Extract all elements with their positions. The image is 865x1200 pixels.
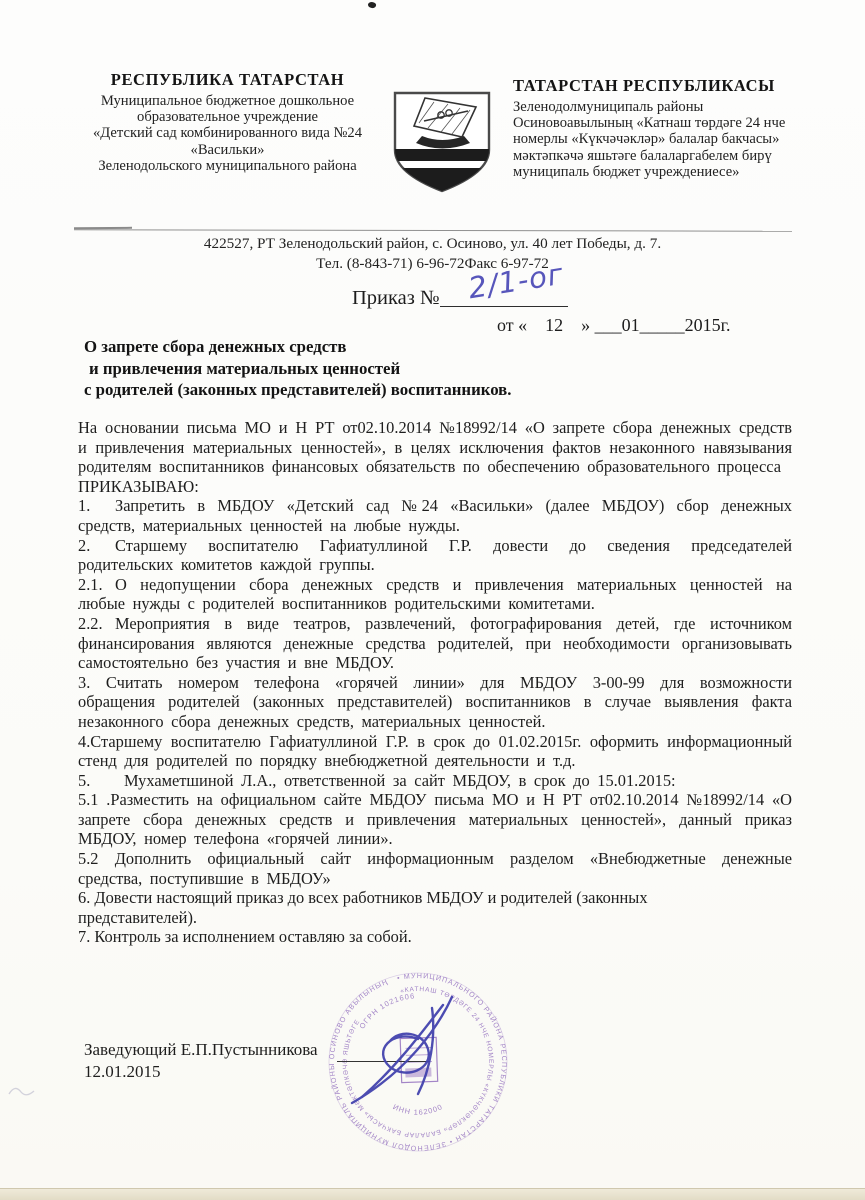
scanned-order-document: РЕСПУБЛИКА ТАТАРСТАН Муниципальное бюдже… [0, 0, 865, 1200]
order-body: На основании письма МО и Н РТ от02.10.20… [78, 418, 792, 947]
order-item-3: 3. Считать номером телефона «горячей лин… [78, 673, 792, 732]
zelenodolsk-coat-of-arms-icon [386, 88, 498, 198]
signature-date: 12.01.2015 [84, 1062, 161, 1082]
header-ru-line: Муниципальное бюджетное дошкольное [60, 93, 395, 109]
header-ru-title: РЕСПУБЛИКА ТАТАРСТАН [60, 70, 395, 90]
pencil-smudge-artifact [6, 1080, 46, 1100]
order-date-row: от « 12 » ___01_____2015г. [497, 315, 730, 336]
item-text: 5.2 Дополнить официальный сайт информаци… [78, 849, 792, 888]
header-tatar-line: муниципаль бюджет учреждениесе» [513, 164, 848, 180]
item-text: 5.1 .Разместить на официальном сайте МБД… [78, 790, 792, 848]
header-tatar-title: ТАТАРСТАН РЕСПУБЛИКАСЫ [513, 76, 848, 96]
order-item-2-2: 2.2.Мероприятия в виде театров, развлече… [78, 614, 792, 673]
order-label: Приказ № [352, 287, 440, 309]
header-ru: РЕСПУБЛИКА ТАТАРСТАН Муниципальное бюдже… [60, 70, 395, 174]
order-item-6: 6. Довести настоящий приказ до всех рабо… [78, 888, 792, 927]
order-item-5-2: 5.2 Дополнить официальный сайт информаци… [78, 849, 792, 888]
title-line: О запрете сбора денежных средств [84, 336, 684, 358]
order-item-5-1: 5.1 .Разместить на официальном сайте МБД… [78, 790, 792, 849]
item-text: Мухаметшиной Л.А., ответственной за сайт… [124, 771, 676, 790]
item-text: Старшему воспитателю Гафиатуллиной Г.Р. … [78, 536, 792, 575]
header-ru-line: «Детский сад комбинированного вида №24 [60, 125, 395, 141]
item-text: О недопущении сбора денежных средств и п… [78, 575, 792, 614]
order-item-7: 7. Контроль за исполнением оставляю за с… [78, 927, 792, 947]
title-line: с родителей (законных представителей) во… [84, 379, 684, 401]
item-text: Мероприятия в виде театров, развлечений,… [78, 614, 792, 672]
order-item-5: 5.Мухаметшиной Л.А., ответственной за са… [78, 771, 792, 791]
header-ru-line: Зеленодольского муниципального района [60, 158, 395, 174]
order-item-2-1: 2.1.О недопущении сбора денежных средств… [78, 575, 792, 614]
header-tatar-line: мәктәпкәчә яшьтәге балаларгабелем бирү [513, 148, 848, 164]
resolve-word: ПРИКАЗЫВАЮ: [78, 477, 792, 497]
signature-role-name: Заведующий Е.П.Пустынникова [84, 1040, 318, 1060]
item-text: представителей). [78, 908, 792, 928]
item-text: 3. Считать номером телефона «горячей лин… [78, 673, 792, 731]
title-line: и привлечения материальных ценностей [84, 358, 684, 380]
header-tatar-line: номерлы «Күкчәчәкләр» балалар бакчасы» [513, 131, 848, 147]
intro-paragraph: На основании письма МО и Н РТ от02.10.20… [78, 418, 792, 477]
item-text: 7. Контроль за исполнением оставляю за с… [78, 927, 412, 946]
header-tatar-line: Зеленодолмуниципаль районы [513, 99, 848, 115]
handwritten-signature [300, 975, 490, 1125]
item-text: Запретить в МБДОУ «Детский сад №24 «Васи… [78, 496, 792, 535]
header-tatar-line: Осиновоавылының «Катнаш төрдәге 24 нче [513, 115, 848, 131]
document-title: О запрете сбора денежных средств и привл… [84, 336, 684, 401]
scan-bottom-edge [0, 1188, 865, 1200]
order-item-1: 1.Запретить в МБДОУ «Детский сад №24 «Ва… [78, 496, 792, 535]
header-ru-line: образовательное учреждение [60, 109, 395, 125]
contact-block: 422527, РТ Зеленодольский район, с. Осин… [60, 234, 805, 273]
order-item-4: 4.Старшему воспитателю Гафиатуллиной Г.Р… [78, 732, 792, 771]
address-line: 422527, РТ Зеленодольский район, с. Осин… [60, 234, 805, 254]
separator-line [74, 229, 792, 232]
item-number: 1. [78, 496, 115, 516]
item-number: 2.1. [78, 575, 115, 595]
order-item-2: 2.Старшему воспитателю Гафиатуллиной Г.Р… [78, 536, 792, 575]
item-number: 2. [78, 536, 115, 556]
phone-line: Тел. (8-843-71) 6-96-72Факс 6-97-72 [60, 254, 805, 274]
ink-dot-artifact [367, 1, 376, 9]
header-ru-line: «Васильки» [60, 142, 395, 158]
item-text: 4.Старшему воспитателю Гафиатуллиной Г.Р… [78, 732, 792, 771]
item-number: 2.2. [78, 614, 115, 634]
header-tatar: ТАТАРСТАН РЕСПУБЛИКАСЫ Зеленодолмуниципа… [513, 76, 848, 180]
item-text: 6. Довести настоящий приказ до всех рабо… [78, 888, 792, 908]
item-number: 5. [78, 771, 124, 791]
